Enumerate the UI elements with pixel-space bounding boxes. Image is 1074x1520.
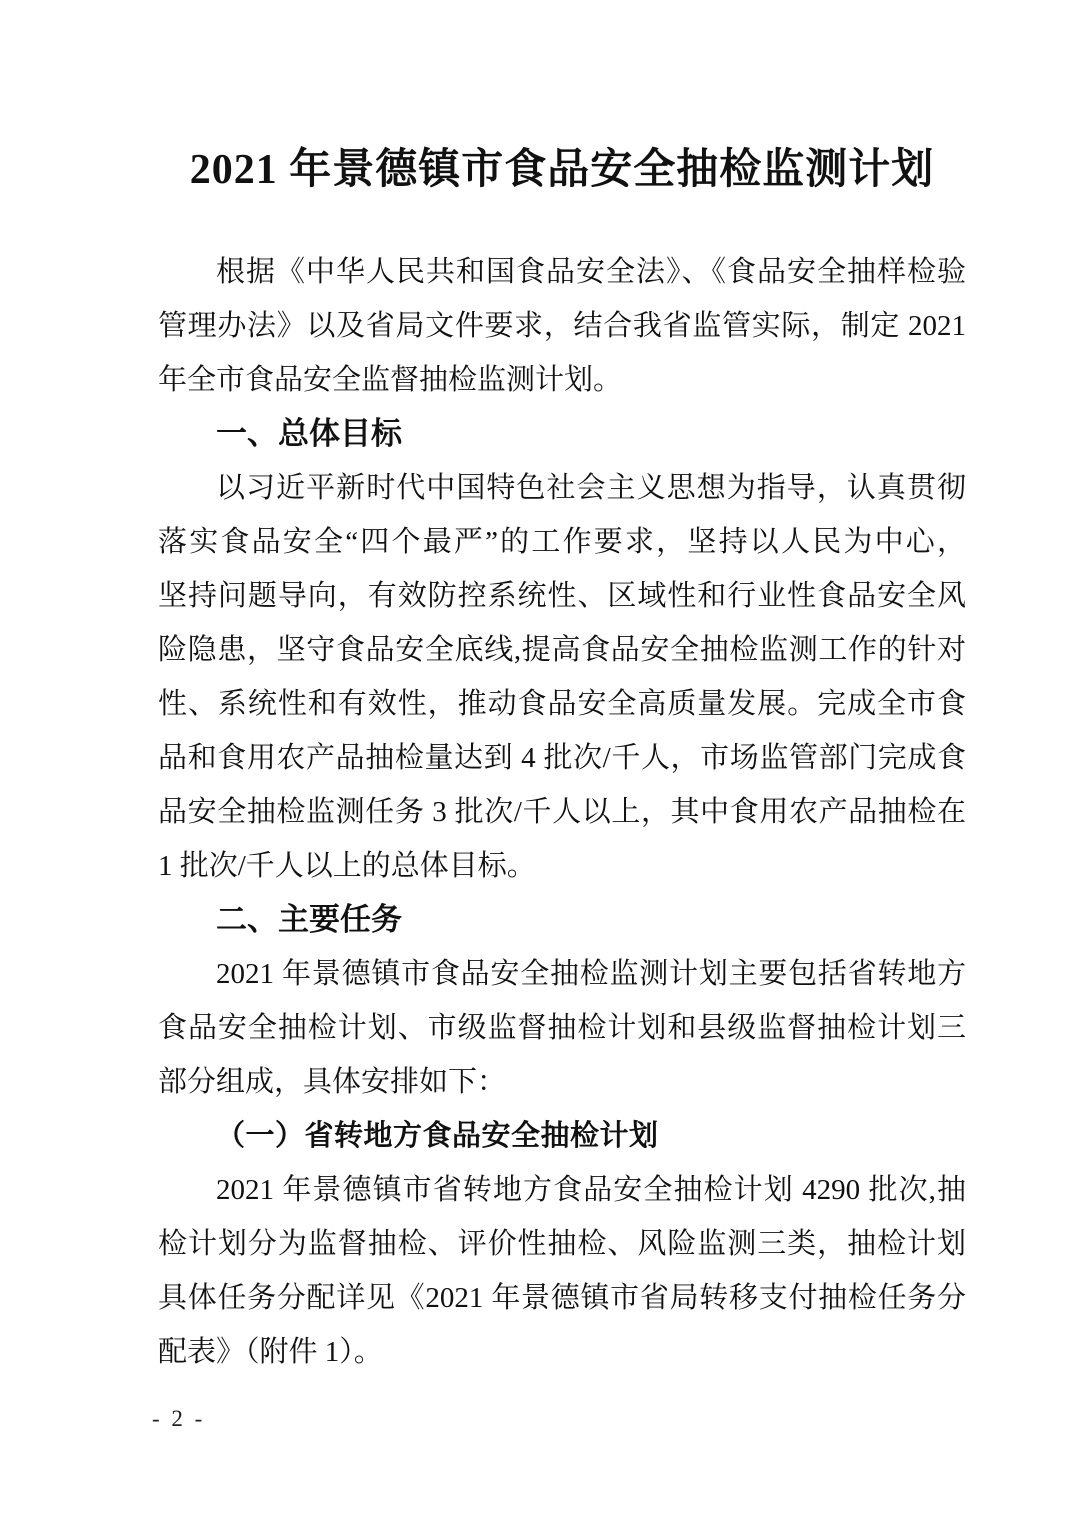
para3-line1: 2021 年景德镇市食品安全抽检监测计划主要包括省转地方 bbox=[158, 947, 966, 1001]
para2-line6: 品和食用农产品抽检量达到 4 批次/千人，市场监管部门完成食 bbox=[158, 731, 966, 785]
para4-line1: 2021 年景德镇市省转地方食品安全抽检计划 4290 批次,抽 bbox=[158, 1163, 966, 1217]
para1-line1: 根据《中华人民共和国食品安全法》、《食品安全抽样检验 bbox=[158, 245, 966, 299]
para1-line3: 年全市食品安全监督抽检监测计划。 bbox=[158, 353, 966, 407]
para1-line2: 管理办法》以及省局文件要求，结合我省监管实际，制定 2021 bbox=[158, 299, 966, 353]
page-number: - 2 - bbox=[152, 1406, 205, 1432]
para3-line2: 食品安全抽检计划、市级监督抽检计划和县级监督抽检计划三 bbox=[158, 1001, 966, 1055]
para3-line3: 部分组成，具体安排如下： bbox=[158, 1055, 966, 1109]
para4-line3: 具体任务分配详见《2021 年景德镇市省局转移支付抽检任务分 bbox=[158, 1271, 966, 1325]
para4-line4: 配表》（附件 1）。 bbox=[158, 1325, 966, 1379]
para2-line4: 险隐患，坚守食品安全底线,提高食品安全抽检监测工作的针对 bbox=[158, 623, 966, 677]
para4-line2: 检计划分为监督抽检、评价性抽检、风险监测三类，抽检计划 bbox=[158, 1217, 966, 1271]
document-title: 2021 年景德镇市食品安全抽检监测计划 bbox=[158, 141, 966, 199]
section-heading-overall-goals: 一、总体目标 bbox=[158, 407, 966, 461]
para2-line1: 以习近平新时代中国特色社会主义思想为指导，认真贯彻 bbox=[158, 461, 966, 515]
document-page: 2021 年景德镇市食品安全抽检监测计划 根据《中华人民共和国食品安全法》、《食… bbox=[0, 0, 1074, 1520]
para2-line2: 落实食品安全“四个最严”的工作要求，坚持以人民为中心， bbox=[158, 515, 966, 569]
section-heading-main-tasks: 二、主要任务 bbox=[158, 893, 966, 947]
document-body: 根据《中华人民共和国食品安全法》、《食品安全抽样检验 管理办法》以及省局文件要求… bbox=[158, 245, 966, 1379]
para2-line8: 1 批次/千人以上的总体目标。 bbox=[158, 839, 966, 893]
para2-line3: 坚持问题导向，有效防控系统性、区域性和行业性食品安全风 bbox=[158, 569, 966, 623]
subsection-heading-provincial-plan: （一）省转地方食品安全抽检计划 bbox=[158, 1109, 966, 1163]
para2-line5: 性、系统性和有效性，推动食品安全高质量发展。完成全市食 bbox=[158, 677, 966, 731]
para2-line7: 品安全抽检监测任务 3 批次/千人以上，其中食用农产品抽检在 bbox=[158, 785, 966, 839]
